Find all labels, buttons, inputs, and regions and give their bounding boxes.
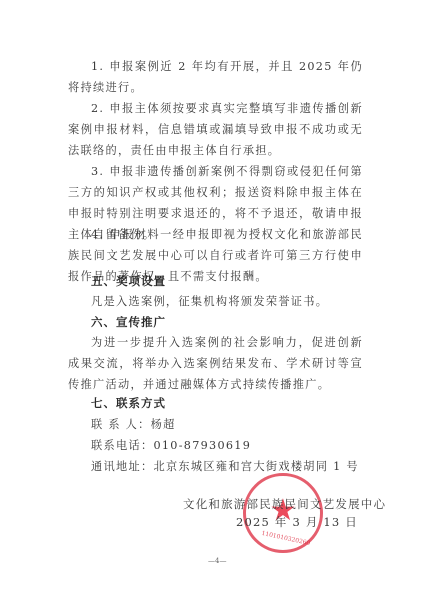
contact-person-value: 杨超 (151, 418, 176, 431)
contact-address-value: 北京东城区雍和宫大街戏楼胡同 1 号 (153, 460, 358, 473)
document-page: 1. 申报案例近 2 年均有开展，并且 2025 年仍将持续进行。 2. 申报主… (0, 0, 423, 600)
section-heading-contact: 七、联系方式 (91, 395, 166, 411)
contact-person: 联 系 人：杨超 (91, 416, 176, 432)
awards-body: 凡是入选案例，征集机构将颁发荣誉证书。 (68, 291, 363, 312)
official-seal: ★ 1101010320260 (243, 473, 323, 553)
contact-phone-label: 联系电话： (91, 439, 153, 452)
requirement-2: 2. 申报主体须按要求真实完整填写非遗传播创新案例申报材料，信息错填或漏填导致申… (68, 98, 363, 161)
contact-phone: 联系电话：010-87930619 (91, 437, 251, 453)
signature-org: 文化和旅游部民族民间文艺发展中心 (183, 496, 386, 512)
contact-address-label: 通讯地址： (91, 460, 153, 473)
signature-date: 2025 年 3 月 13 日 (236, 514, 358, 530)
contact-person-label: 联 系 人： (91, 418, 151, 431)
page-number: —4— (208, 557, 226, 565)
requirement-1: 1. 申报案例近 2 年均有开展，并且 2025 年仍将持续进行。 (68, 56, 363, 98)
section-heading-promotion: 六、宣传推广 (91, 314, 166, 330)
section-heading-awards: 五、奖项设置 (91, 273, 166, 289)
seal-code: 1101010320260 (261, 530, 311, 547)
contact-address: 通讯地址：北京东城区雍和宫大街戏楼胡同 1 号 (91, 458, 359, 474)
promotion-body: 为进一步提升入选案例的社会影响力，促进创新成果交流，将举办入选案例结果发布、学术… (68, 332, 363, 395)
contact-phone-value: 010-87930619 (153, 439, 251, 452)
